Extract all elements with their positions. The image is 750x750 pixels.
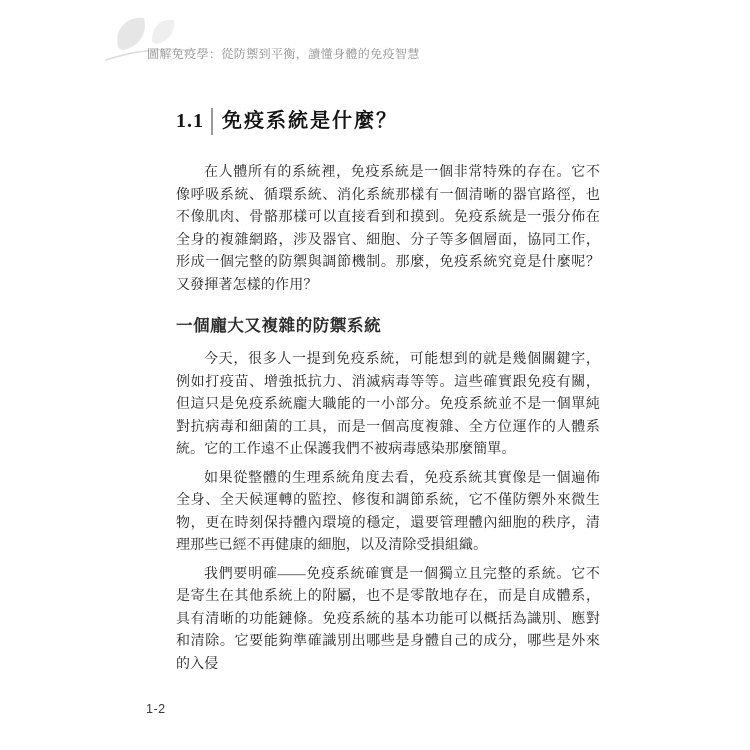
subsection-heading: 一個龐大又複雜的防禦系統 (176, 314, 600, 338)
book-page: 圖解免疫學：從防禦到平衡，讀懂身體的免疫智慧 1.1 免疫系統是什麼？ 在人體所… (0, 0, 750, 750)
page-content: 1.1 免疫系統是什麼？ 在人體所有的系統裡，免疫系統是一個非常特殊的存在。它不… (176, 106, 600, 682)
page-number: 1-2 (146, 702, 166, 716)
intro-paragraph: 在人體所有的系統裡，免疫系統是一個非常特殊的存在。它不像呼吸系統、循環系統、消化… (176, 162, 600, 297)
body-paragraph-3: 我們要明確——免疫系統確實是一個獨立且完整的系統。它不是寄生在其他系統上的附屬，… (176, 564, 600, 677)
title-separator-bar (211, 108, 213, 135)
body-paragraph-1: 今天，很多人一提到免疫系統，可能想到的就是幾個關鍵字，例如打疫苗、增強抵抗力、消… (176, 349, 600, 462)
section-number: 1.1 (176, 106, 204, 136)
body-paragraph-2: 如果從整體的生理系統角度去看，免疫系統其實像是一個遍佈全身、全天候運轉的監控、修… (176, 468, 600, 558)
running-head-book-title: 圖解免疫學：從防禦到平衡，讀懂身體的免疫智慧 (147, 47, 420, 62)
section-title-text: 免疫系統是什麼？ (222, 106, 398, 136)
section-title: 1.1 免疫系統是什麼？ (176, 106, 600, 136)
